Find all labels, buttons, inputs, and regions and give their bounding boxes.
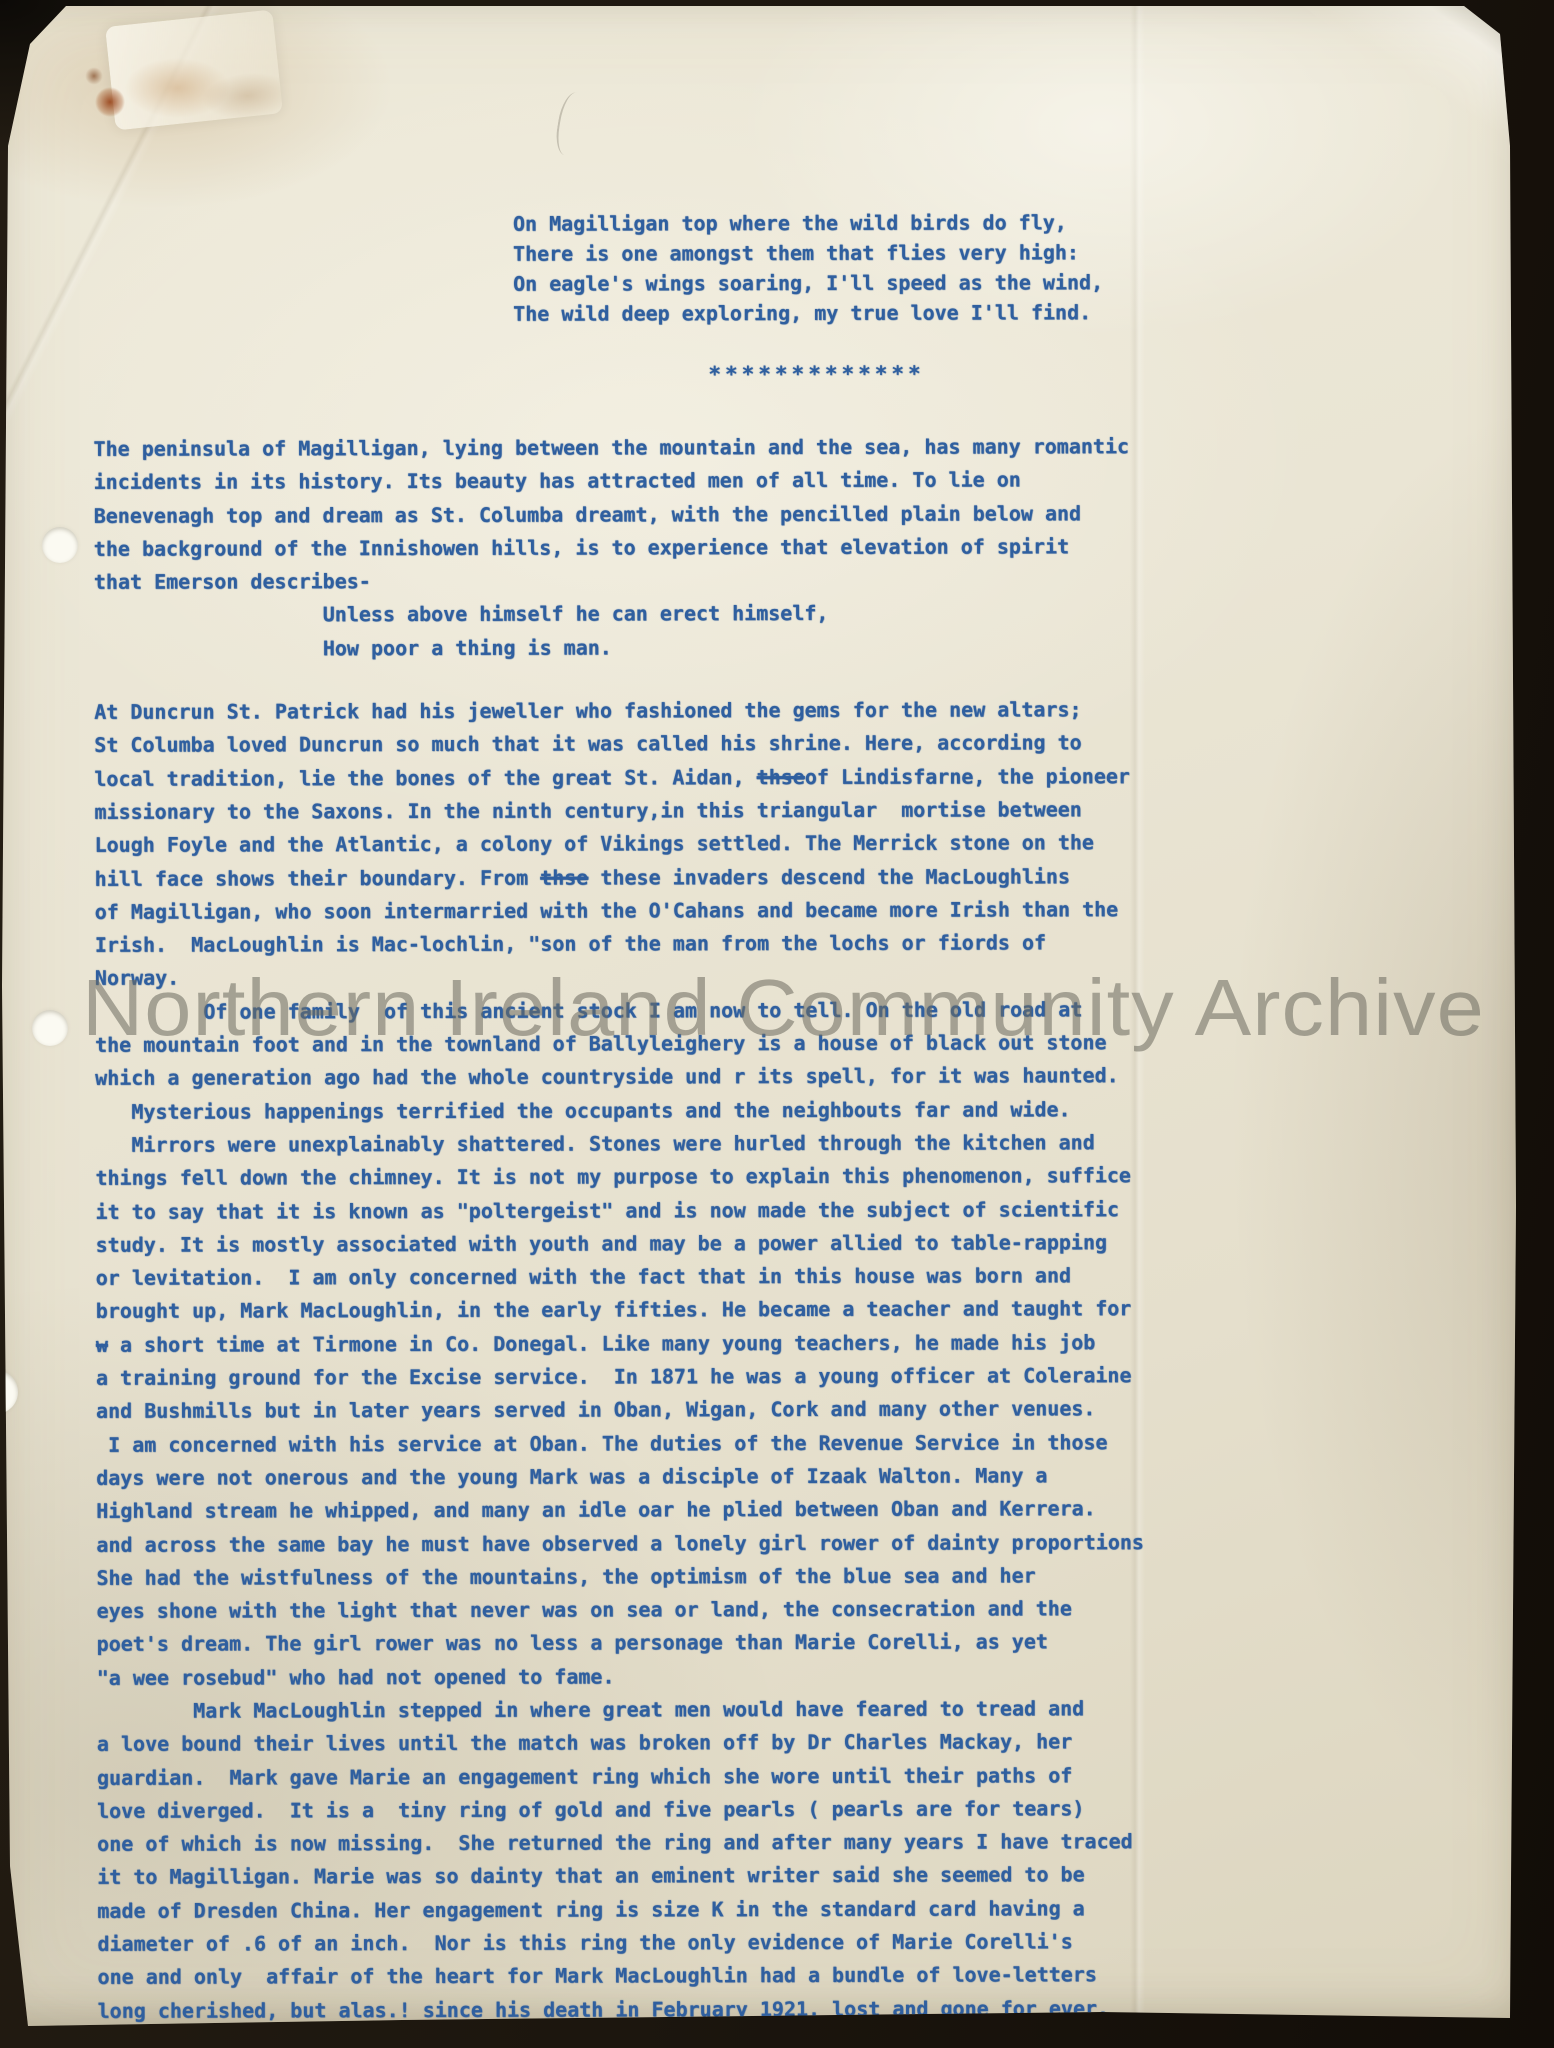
para-poltergeist: Mirrors were unexplainably shattered. St… — [95, 1125, 1525, 1428]
text-line: The peninsula of Magilligan, lying betwe… — [93, 429, 1522, 466]
text-segment: these invaders descend the MacLoughlins — [588, 864, 1070, 889]
text-line: poet's dream. The girl rower was no less… — [97, 1625, 1526, 1662]
text-line: Mysterious happenings terrified the occu… — [95, 1092, 1524, 1129]
text-line: long cherished, but alas.! since his dea… — [98, 1991, 1527, 2028]
text-line: How poor a thing is man. — [94, 629, 1523, 666]
text-line: Mark MacLoughlin stepped in where great … — [97, 1691, 1526, 1728]
text-line: hill face shows their boundary. From ths… — [95, 859, 1524, 896]
text-segment: a short time at Tirmone in Co. Donegal. … — [108, 1330, 1095, 1357]
para-peninsula: The peninsula of Magilligan, lying betwe… — [93, 429, 1522, 599]
text-line: a training ground for the Excise service… — [96, 1358, 1525, 1395]
para-marie: Mark MacLoughlin stepped in where great … — [97, 1691, 1527, 2028]
text-line: I am concerned with his service at Oban.… — [96, 1425, 1525, 1462]
archive-watermark: Northern Ireland Community Archive — [82, 962, 1554, 1054]
text-line: that Emerson describes- — [94, 562, 1523, 599]
asterisk-separator: ************* — [708, 356, 1522, 391]
text-line: At Duncrun St. Patrick had his jeweller … — [94, 692, 1523, 729]
text-line: of Magilligan, who soon intermarried wit… — [95, 892, 1524, 929]
poem-line: There is one amongst them that flies ver… — [513, 236, 1522, 269]
text-line: Mirrors were unexplainably shattered. St… — [95, 1125, 1524, 1162]
text-line: and Bushmills but in later years served … — [96, 1391, 1525, 1428]
text-line: things fell down the chimney. It is not … — [95, 1158, 1524, 1195]
para-duncrun: At Duncrun St. Patrick had his jeweller … — [94, 692, 1524, 995]
text-line: made of Dresden China. Her engagement ri… — [97, 1891, 1526, 1928]
text-segment: hill face shows their boundary. From — [95, 865, 541, 890]
text-line: it to Magilligan. Marie was so dainty th… — [97, 1858, 1526, 1895]
text-line: study. It is mostly associated with yout… — [96, 1225, 1525, 1262]
text-line: or levitation. I am only concerned with … — [96, 1258, 1525, 1295]
text-line: one of which is now missing. She returne… — [97, 1824, 1526, 1861]
text-line: w a short time at Tirmone in Co. Donegal… — [96, 1325, 1525, 1362]
text-line: eyes shone with the light that never was… — [97, 1591, 1526, 1628]
text-line: diameter of .6 of an inch. Nor is this r… — [97, 1924, 1526, 1961]
text-line: a love bound their lives until the match… — [97, 1724, 1526, 1761]
text-line: St Columba loved Duncrun so much that it… — [94, 726, 1523, 763]
text-line: love diverged. It is a tiny ring of gold… — [97, 1791, 1526, 1828]
text-line: incidents in its history. Its beauty has… — [94, 462, 1523, 499]
text-line: missionary to the Saxons. In the ninth c… — [94, 792, 1523, 829]
text-line: Benevenagh top and dream as St. Columba … — [94, 496, 1523, 533]
text-line: days were not onerous and the young Mark… — [96, 1458, 1525, 1495]
text-line: Highland stream he whipped, and many an … — [96, 1491, 1525, 1528]
text-line: brought up, Mark MacLoughlin, in the ear… — [96, 1292, 1525, 1329]
text-line: and across the same bay he must have obs… — [96, 1525, 1525, 1562]
punch-hole-middle — [32, 1010, 68, 1046]
struck-text: thse — [540, 865, 588, 889]
document-page: On Magilligan top where the wild birds d… — [2, 6, 1530, 2026]
text-segment: of Lindisfarne, the pioneer — [805, 764, 1130, 789]
text-line: Lough Foyle and the Atlantic, a colony o… — [95, 825, 1524, 862]
text-line: Unless above himself he can erect himsel… — [94, 596, 1523, 633]
punch-hole-bottom — [0, 1370, 18, 1414]
body-text: The peninsula of Magilligan, lying betwe… — [93, 429, 1526, 2028]
struck-text: thse — [757, 765, 805, 789]
text-line: local tradition, lie the bones of the gr… — [94, 759, 1523, 796]
text-line: which a generation ago had the whole cou… — [95, 1058, 1524, 1095]
text-line: it to say that it is known as "poltergei… — [95, 1192, 1524, 1229]
text-line: guardian. Mark gave Marie an engagement … — [97, 1758, 1526, 1795]
text-line: She had the wistfulness of the mountains… — [96, 1558, 1525, 1595]
struck-text: w — [96, 1333, 108, 1357]
poem-line: On Magilligan top where the wild birds d… — [513, 206, 1522, 239]
text-line: one and only affair of the heart for Mar… — [97, 1957, 1526, 1994]
poem: On Magilligan top where the wild birds d… — [513, 206, 1522, 329]
text-segment: local tradition, lie the bones of the gr… — [94, 765, 756, 791]
punch-hole-top — [42, 527, 78, 563]
para-oban: I am concerned with his service at Oban.… — [96, 1425, 1526, 1695]
poem-line: On eagle's wings soaring, I'll speed as … — [513, 266, 1522, 299]
text-line: Irish. MacLoughlin is Mac-lochlin, "son … — [95, 925, 1524, 962]
text-line: the background of the Innishowen hills, … — [94, 529, 1523, 566]
poem-line: The wild deep exploring, my true love I'… — [513, 296, 1522, 329]
text-line: "a wee rosebud" who had not opened to fa… — [97, 1658, 1526, 1695]
para-mysterious: Mysterious happenings terrified the occu… — [95, 1092, 1524, 1129]
quote-emerson: Unless above himself he can erect himsel… — [94, 596, 1523, 666]
